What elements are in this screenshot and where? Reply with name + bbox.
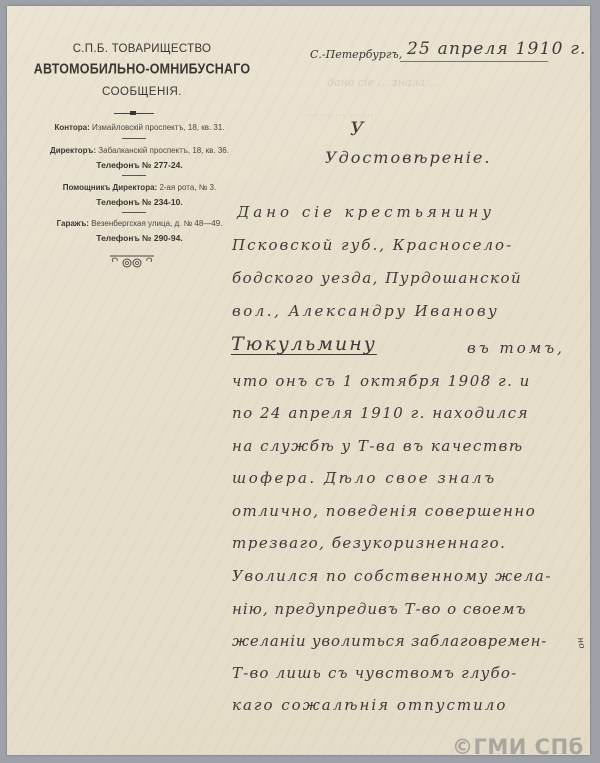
document-title: Удостовѣреніе. — [325, 148, 491, 167]
body-line: Т-во лишь съ чувствомъ глубо- — [232, 664, 517, 682]
director-phone: Телефонъ № 277-24. — [27, 160, 252, 170]
body-line: каго сожалѣнія отпустило — [232, 696, 507, 714]
handwritten-date: 25 апреля 1910 г. — [407, 39, 587, 59]
date-underline — [400, 61, 548, 62]
body-line: въ томъ, — [467, 339, 565, 357]
body-line: шофера. Дѣло свое зналъ — [232, 469, 497, 487]
body-line: вол., Александру Иванову — [232, 302, 499, 320]
body-line: Уволился по собственному жела- — [232, 567, 552, 585]
ornament-divider-icon — [114, 110, 154, 116]
museum-watermark: ©ГМИ СПб — [452, 735, 584, 759]
body-line: Псковской губ., Красносело- — [232, 236, 513, 254]
body-line: что онъ съ 1 октября 1908 г. и — [232, 372, 531, 390]
body-line: желаніи уволиться заблаговремен- — [232, 632, 547, 650]
body-line: отлично, поведенія совершенно — [232, 502, 536, 520]
body-line: трезваго, безукоризненнаго. — [232, 534, 506, 552]
assistant-phone: Телефонъ № 234-10. — [27, 197, 252, 207]
divider — [122, 138, 146, 139]
garage-phone: Телефонъ № 290-94. — [27, 233, 252, 243]
initial-letter: У — [350, 118, 365, 140]
body-line: на службѣ у Т-ва въ качествѣ — [232, 437, 524, 455]
body-line: бодского уезда, Пурдошанской — [232, 269, 522, 287]
letterhead-company-prefix: С.П.Б. ТОВАРИЩЕСТВО — [27, 43, 257, 55]
body-line: нію, предупредивъ Т-во о своемъ — [232, 600, 526, 618]
body-line-margin: но — [575, 637, 587, 650]
city-label: С.-Петербургъ, — [310, 48, 402, 61]
director-address: Директоръ: Забалканскій проспектъ, 18, к… — [27, 146, 252, 155]
letterhead-company-name: АВТОМОБИЛЬНО-ОМНИБУСНАГО — [27, 61, 257, 77]
office-address: Контора: Измайловскій проспектъ, 18, кв.… — [27, 123, 252, 132]
garage-address: Гаражъ: Везенбергская улица, д. № 48—49. — [27, 219, 252, 228]
employee-surname: Тюкульмину — [231, 333, 377, 355]
assistant-address: Помощникъ Директора: 2-ая рота, № 3. — [27, 183, 252, 192]
body-line: Дано сіе крестьянину — [237, 203, 495, 221]
body-line: по 24 апреля 1910 г. находился — [232, 404, 529, 422]
divider — [122, 212, 146, 213]
divider — [122, 175, 146, 176]
letterhead-company-suffix: СООБЩЕНІЯ. — [27, 86, 257, 98]
flourish-ornament-icon — [107, 253, 157, 269]
document-page: С.П.Б. ТОВАРИЩЕСТВО АВТОМОБИЛЬНО-ОМНИБУС… — [7, 6, 590, 755]
